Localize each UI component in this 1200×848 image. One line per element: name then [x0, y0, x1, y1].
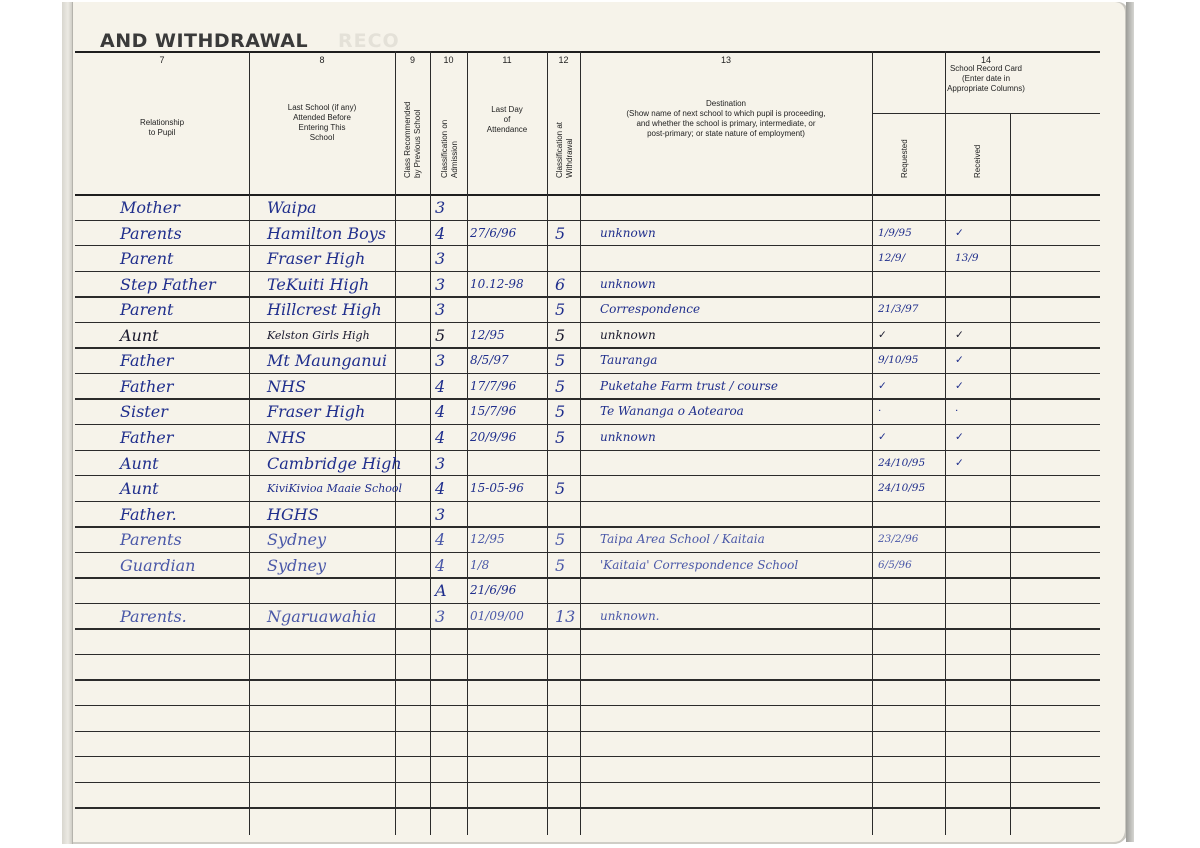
column-rule [430, 51, 431, 835]
class-admission-cell: 3 [435, 502, 445, 527]
relationship-cell: Father. [120, 502, 177, 527]
destination-cell: unknown [600, 221, 656, 246]
relationship-cell: Mother [120, 195, 180, 220]
destination-cell: Taipa Area School / Kaitaia [600, 527, 765, 552]
class-withdrawal-cell: 5 [555, 297, 565, 322]
destination-cell: 'Kaitaia' Correspondence School [600, 553, 798, 578]
received-cell: ✓ [955, 425, 964, 450]
last-school-cell: Fraser High [267, 399, 365, 424]
class-admission-cell: 3 [435, 348, 445, 373]
class-withdrawal-cell: 5 [555, 527, 565, 552]
column-number: 9 [395, 55, 430, 65]
class-withdrawal-cell: 6 [555, 272, 565, 297]
last-school-cell: Cambridge High [267, 451, 402, 476]
relationship-cell: Father [120, 425, 173, 450]
row-rule [75, 220, 1100, 221]
last-day-cell: 01/09/00 [470, 604, 524, 629]
received-cell: ✓ [955, 221, 964, 246]
column-number: 7 [75, 55, 249, 65]
relationship-cell: Aunt [120, 451, 159, 476]
last-school-cell: HGHS [267, 502, 319, 527]
relationship-cell: Father [120, 348, 173, 373]
row-rule [75, 271, 1100, 272]
requested-cell: · [878, 399, 881, 424]
class-withdrawal-cell: 5 [555, 553, 565, 578]
relationship-cell: Parent [120, 297, 173, 322]
row-rule [75, 731, 1100, 732]
last-school-cell: Mt Maunganui [267, 348, 387, 373]
column-header-9: Class Recommended by Previous School [403, 102, 423, 178]
row-rule [75, 654, 1100, 655]
class-admission-cell: 4 [435, 374, 445, 399]
class-withdrawal-cell: 5 [555, 323, 565, 348]
row-rule [75, 398, 1100, 399]
relationship-cell: Parents [120, 221, 182, 246]
row-rule [75, 245, 1100, 246]
record-card-received-header: Received [973, 145, 983, 178]
column-rule [580, 51, 581, 835]
row-rule [75, 373, 1100, 374]
requested-cell: 1/9/95 [878, 221, 912, 246]
header-top-rule [75, 51, 1100, 53]
relationship-cell: Sister [120, 399, 168, 424]
class-admission-cell: 5 [435, 323, 445, 348]
column-header-14: School Record Card (Enter date in Approp… [872, 64, 1100, 94]
requested-cell: 24/10/95 [878, 451, 925, 476]
last-school-cell: KiviKivioa Maaie School [267, 476, 402, 501]
page-binding [62, 2, 73, 844]
class-admission-cell: 3 [435, 246, 445, 271]
last-school-cell: Hamilton Boys [267, 221, 386, 246]
last-school-cell: TeKuiti High [267, 272, 369, 297]
row-rule [75, 756, 1100, 757]
class-withdrawal-cell: 5 [555, 399, 565, 424]
requested-cell: ✓ [878, 374, 887, 399]
column-header-10: Classification on Admission [440, 120, 460, 178]
column-rule [872, 51, 873, 835]
column-header-13: Destination (Show name of next school to… [580, 99, 872, 139]
requested-cell: ✓ [878, 323, 887, 348]
last-day-cell: 8/5/97 [470, 348, 509, 373]
last-school-cell: Hillcrest High [267, 297, 382, 322]
column-rule [1010, 113, 1011, 835]
column-number: 13 [580, 55, 872, 65]
column-rule [467, 51, 468, 835]
relationship-cell: Parents [120, 527, 182, 552]
column-rule [249, 51, 250, 835]
last-day-cell: 15/7/96 [470, 399, 516, 424]
last-school-cell: Kelston Girls High [267, 323, 370, 348]
row-rule [75, 628, 1100, 629]
last-day-cell: 21/6/96 [470, 578, 516, 603]
requested-cell: 24/10/95 [878, 476, 925, 501]
row-rule [75, 807, 1100, 808]
destination-cell: unknown [600, 272, 656, 297]
class-withdrawal-cell: 13 [555, 604, 575, 629]
destination-cell: unknown [600, 425, 656, 450]
row-rule [75, 450, 1100, 451]
class-withdrawal-cell: 5 [555, 221, 565, 246]
relationship-cell: Father [120, 374, 173, 399]
class-withdrawal-cell: 5 [555, 425, 565, 450]
class-admission-cell: 4 [435, 553, 445, 578]
relationship-cell: Parents. [120, 604, 187, 629]
class-withdrawal-cell: 5 [555, 476, 565, 501]
last-day-cell: 20/9/96 [470, 425, 516, 450]
last-school-cell: Sydney [267, 553, 326, 578]
last-school-cell: NHS [267, 425, 306, 450]
row-rule [75, 679, 1100, 680]
class-admission-cell: 4 [435, 527, 445, 552]
column-number: 11 [467, 55, 547, 65]
destination-cell: Puketahe Farm trust / course [600, 374, 778, 399]
last-school-cell: Ngaruawahia [267, 604, 376, 629]
record-card-subheader-rule [872, 113, 1100, 114]
requested-cell: 12/9/ [878, 246, 905, 271]
show-through-title: RECO [338, 30, 400, 52]
last-day-cell: 12/95 [470, 527, 505, 552]
row-rule [75, 603, 1100, 604]
row-rule [75, 705, 1100, 706]
page-edge [1126, 2, 1134, 842]
class-admission-cell: 3 [435, 272, 445, 297]
destination-cell: Tauranga [600, 348, 657, 373]
received-cell: ✓ [955, 348, 964, 373]
column-rule [945, 51, 946, 835]
requested-cell: 21/3/97 [878, 297, 918, 322]
destination-cell: Te Wananga o Aotearoa [600, 399, 744, 424]
column-header-7: Relationship to Pupil [75, 118, 249, 138]
received-cell: 13/9 [955, 246, 979, 271]
relationship-cell: Guardian [120, 553, 195, 578]
page-title: AND WITHDRAWAL [100, 30, 308, 52]
received-cell: · [955, 399, 958, 424]
class-admission-cell: 3 [435, 604, 445, 629]
requested-cell: 6/5/96 [878, 553, 912, 578]
column-rule [547, 51, 548, 835]
last-day-cell: 17/7/96 [470, 374, 516, 399]
class-admission-cell: 3 [435, 451, 445, 476]
last-day-cell: 15-05-96 [470, 476, 524, 501]
column-number: 12 [547, 55, 580, 65]
last-school-cell: Waipa [267, 195, 317, 220]
last-day-cell: 27/6/96 [470, 221, 516, 246]
relationship-cell: Parent [120, 246, 173, 271]
row-rule [75, 526, 1100, 527]
class-withdrawal-cell: 5 [555, 374, 565, 399]
class-admission-cell: 3 [435, 297, 445, 322]
column-header-8: Last School (if any) Attended Before Ent… [249, 103, 395, 143]
row-rule [75, 501, 1100, 502]
relationship-cell: Aunt [120, 323, 159, 348]
last-day-cell: 12/95 [470, 323, 505, 348]
last-school-cell: NHS [267, 374, 306, 399]
record-card-requested-header: Requested [900, 139, 910, 178]
requested-cell: 9/10/95 [878, 348, 918, 373]
last-school-cell: Fraser High [267, 246, 365, 271]
row-rule [75, 322, 1100, 323]
column-number: 8 [249, 55, 395, 65]
row-rule [75, 424, 1100, 425]
requested-cell: ✓ [878, 425, 887, 450]
row-rule [75, 475, 1100, 476]
class-admission-cell: A [435, 578, 447, 603]
row-rule [75, 552, 1100, 553]
destination-cell: Correspondence [600, 297, 700, 322]
class-admission-cell: 3 [435, 195, 445, 220]
class-admission-cell: 4 [435, 476, 445, 501]
last-day-cell: 1/8 [470, 553, 489, 578]
column-number: 10 [430, 55, 467, 65]
class-admission-cell: 4 [435, 399, 445, 424]
received-cell: ✓ [955, 323, 964, 348]
column-header-11: Last Day of Attendance [467, 105, 547, 135]
received-cell: ✓ [955, 374, 964, 399]
header-bottom-rule [75, 194, 1100, 196]
column-header-12: Classification at Withdrawal [555, 122, 575, 178]
class-admission-cell: 4 [435, 425, 445, 450]
column-rule [395, 51, 396, 835]
relationship-cell: Aunt [120, 476, 159, 501]
class-admission-cell: 4 [435, 221, 445, 246]
class-withdrawal-cell: 5 [555, 348, 565, 373]
requested-cell: 23/2/96 [878, 527, 918, 552]
last-school-cell: Sydney [267, 527, 326, 552]
row-rule [75, 296, 1100, 297]
relationship-cell: Step Father [120, 272, 216, 297]
received-cell: ✓ [955, 451, 964, 476]
destination-cell: unknown. [600, 604, 660, 629]
row-rule [75, 577, 1100, 578]
destination-cell: unknown [600, 323, 656, 348]
last-day-cell: 10.12-98 [470, 272, 524, 297]
row-rule [75, 782, 1100, 783]
row-rule [75, 347, 1100, 348]
